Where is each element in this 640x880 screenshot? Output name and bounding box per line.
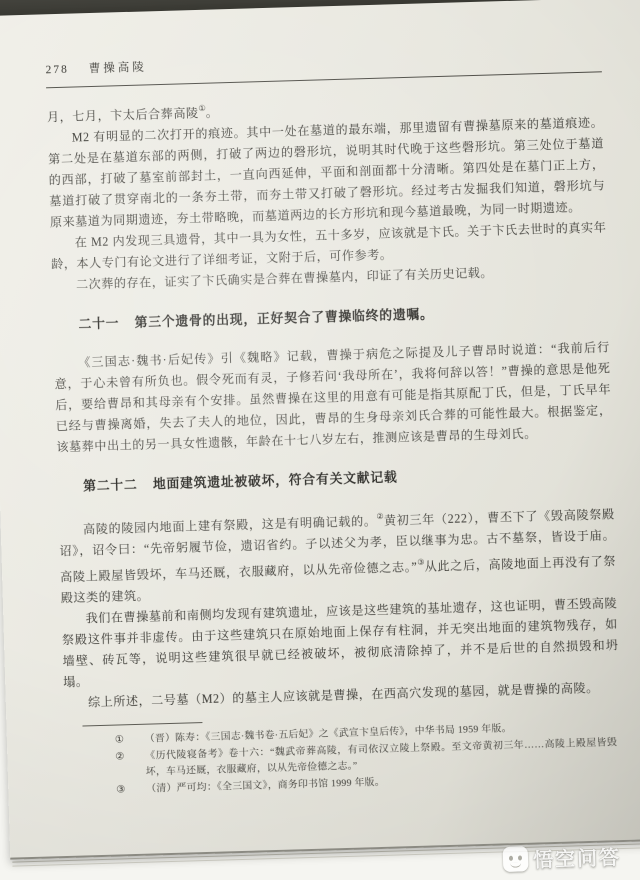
running-header: 278 曹操高陵: [45, 44, 601, 81]
book-title: 曹操高陵: [89, 57, 148, 80]
paragraph-m2-traces: M2 有明显的二次打开的痕迹。其中一处在墓道的最东端，那里遗留有曹操墓原来的墓道…: [47, 112, 606, 233]
footnote-divider: [82, 722, 202, 726]
book-page: 278 曹操高陵 月，七月，卞太后合葬高陵①。 M2 有明显的二次打开的痕迹。其…: [0, 0, 640, 860]
wukong-watermark: 悟空问答: [503, 841, 622, 874]
section-number: 二十一: [78, 316, 119, 331]
paragraph-section-22-ruins: 我们在曹操墓前和南侧均发现有建筑遗址，应该是这些建筑的基址遗存，这也证明，曹丕毁…: [61, 593, 619, 693]
footnote-marker: ①: [115, 732, 145, 749]
section-number: 第二十二: [83, 478, 138, 494]
monkey-logo-icon: [503, 846, 529, 872]
paragraph-section-21: 《三国志·魏书·后妃传》引《魏略》记载，曹操于病危之际提及儿子曹昂时说道：“我前…: [54, 337, 613, 458]
paragraph-text: 。: [206, 105, 219, 119]
paragraph-section-22-edict: 高陵的陵园内地面上建有祭殿，这是有明确记载的。②黄初三年（222），曹丕下了《毁…: [58, 499, 616, 609]
footnote-marker: ②: [115, 748, 146, 782]
page-number: 278: [45, 60, 69, 82]
footnotes-block: ① （晋）陈寿：《三国志·魏书卷·五后妃》之《武宣卞皇后传》，中华书局 1959…: [64, 710, 618, 800]
section-heading-21: 二十一第三个遗骨的出现，正好契合了曹操临终的遗嘱。: [53, 299, 609, 336]
footnote-marker: ③: [116, 781, 146, 798]
page-content: 278 曹操高陵 月，七月，卞太后合葬高陵①。 M2 有明显的二次打开的痕迹。其…: [45, 44, 620, 714]
section-title: 地面建筑遗址被破坏，符合有关文献记载: [153, 470, 398, 491]
page-stack-edge: [12, 842, 640, 863]
page-stack-edge: [12, 846, 640, 867]
book-photo: 278 曹操高陵 月，七月，卞太后合葬高陵①。 M2 有明显的二次打开的痕迹。其…: [0, 0, 640, 880]
watermark-brand-text: 悟空问答: [533, 841, 622, 873]
paragraph-text: 月，七月，卞太后合葬高陵: [47, 106, 199, 124]
paragraph-text: 高陵的陵园内地面上建有祭殿，这是有明确记载的。: [83, 514, 377, 536]
section-title: 第三个遗骨的出现，正好契合了曹操临终的遗嘱。: [134, 307, 433, 330]
section-heading-22: 第二十二地面建筑遗址被破坏，符合有关文献记载: [57, 461, 613, 498]
